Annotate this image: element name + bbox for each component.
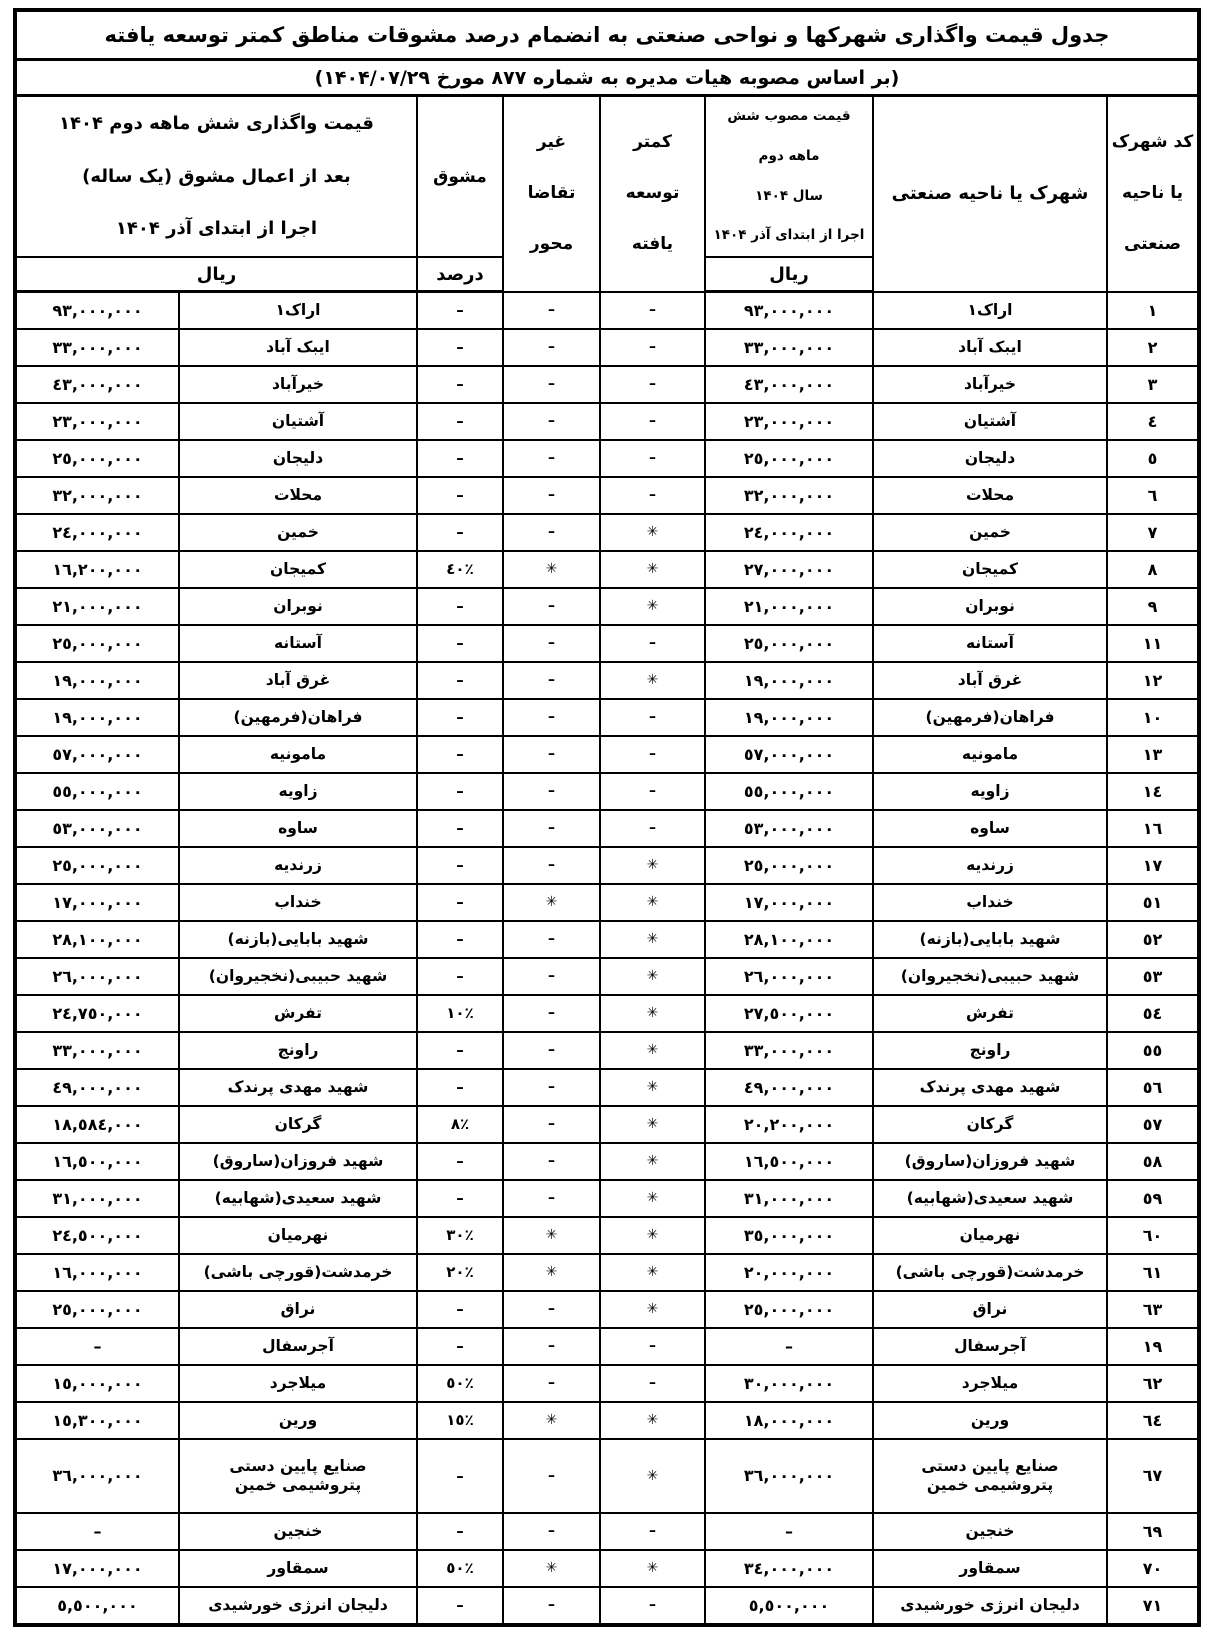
approved-price-cell: ٢٣,٠٠٠,٠٠٠ bbox=[705, 403, 873, 440]
less-developed-mark-cell: ✳ bbox=[600, 1254, 705, 1291]
town-name-repeat-cell: شهید بابایی(بازنه) bbox=[179, 921, 417, 958]
approved-price-cell: ٣٣,٠٠٠,٠٠٠ bbox=[705, 329, 873, 366]
less-developed-mark-cell: ✳ bbox=[600, 1143, 705, 1180]
table-row: ٥٨شهید فروزان(ساروق)١٦,٥٠٠,٠٠٠✳––شهید فر… bbox=[15, 1143, 1199, 1180]
less-developed-mark-cell: – bbox=[600, 1587, 705, 1625]
incentive-percent-cell: – bbox=[417, 329, 503, 366]
non-demand-mark-cell: – bbox=[503, 292, 600, 330]
approved-price-cell: ١٩,٠٠٠,٠٠٠ bbox=[705, 662, 873, 699]
price-after-incentive-cell: ١٧,٠٠٠,٠٠٠ bbox=[15, 884, 179, 921]
incentive-percent-cell: – bbox=[417, 1291, 503, 1328]
non-demand-mark-cell: ✳ bbox=[503, 1402, 600, 1439]
town-name-cell: میلاجرد bbox=[873, 1365, 1107, 1402]
approved-price-cell: ٣٠,٠٠٠,٠٠٠ bbox=[705, 1365, 873, 1402]
table-row: ٥٥راونج٣٣,٠٠٠,٠٠٠✳––راونج٣٣,٠٠٠,٠٠٠ bbox=[15, 1032, 1199, 1069]
town-name-cell: زاویه bbox=[873, 773, 1107, 810]
incentive-percent-cell: – bbox=[417, 1069, 503, 1106]
code-cell: ٧١ bbox=[1107, 1587, 1199, 1625]
town-name-cell: شهید مهدی پرندک bbox=[873, 1069, 1107, 1106]
town-name-repeat-cell: اراک١ bbox=[179, 292, 417, 330]
incentive-percent-cell: – bbox=[417, 736, 503, 773]
less-developed-mark-cell: ✳ bbox=[600, 995, 705, 1032]
incentive-percent-cell: – bbox=[417, 921, 503, 958]
less-developed-mark-cell: ✳ bbox=[600, 662, 705, 699]
code-cell: ٩ bbox=[1107, 588, 1199, 625]
code-cell: ٧ bbox=[1107, 514, 1199, 551]
code-cell: ٥٣ bbox=[1107, 958, 1199, 995]
non-demand-mark-cell: – bbox=[503, 1143, 600, 1180]
price-after-incentive-cell: ٢٣,٠٠٠,٠٠٠ bbox=[15, 403, 179, 440]
code-cell: ١٢ bbox=[1107, 662, 1199, 699]
less-developed-mark-cell: ✳ bbox=[600, 1217, 705, 1254]
table-row: ٥١خنداب١٧,٠٠٠,٠٠٠✳✳–خنداب١٧,٠٠٠,٠٠٠ bbox=[15, 884, 1199, 921]
table-row: ٥دلیجان٢٥,٠٠٠,٠٠٠–––دلیجان٢٥,٠٠٠,٠٠٠ bbox=[15, 440, 1199, 477]
code-cell: ٨ bbox=[1107, 551, 1199, 588]
code-cell: ٥٨ bbox=[1107, 1143, 1199, 1180]
code-cell: ٦٧ bbox=[1107, 1439, 1199, 1513]
incentive-percent-cell: – bbox=[417, 366, 503, 403]
less-developed-mark-cell: – bbox=[600, 366, 705, 403]
incentive-percent-cell: – bbox=[417, 403, 503, 440]
incentive-percent-cell: ٤٠٪ bbox=[417, 551, 503, 588]
town-name-cell: ورین bbox=[873, 1402, 1107, 1439]
town-name-cell: صنایع پایین دستی پتروشیمی خمین bbox=[873, 1439, 1107, 1513]
col-header-town-name: شهرک یا ناحیه صنعتی bbox=[873, 96, 1107, 292]
town-name-repeat-cell: شهید سعیدی(شهابیه) bbox=[179, 1180, 417, 1217]
town-name-cell: نراق bbox=[873, 1291, 1107, 1328]
less-developed-mark-cell: – bbox=[600, 810, 705, 847]
table-row: ٤آشتیان٢٣,٠٠٠,٠٠٠–––آشتیان٢٣,٠٠٠,٠٠٠ bbox=[15, 403, 1199, 440]
code-cell: ٥٧ bbox=[1107, 1106, 1199, 1143]
town-name-cell: شهید بابایی(بازنه) bbox=[873, 921, 1107, 958]
non-demand-mark-cell: – bbox=[503, 1328, 600, 1365]
table-body: ١اراک١٩٣,٠٠٠,٠٠٠–––اراک١٩٣,٠٠٠,٠٠٠٢ایبک … bbox=[15, 292, 1199, 1626]
approved-price-cell: ١٨,٠٠٠,٠٠٠ bbox=[705, 1402, 873, 1439]
document-title: جدول قیمت واگذاری شهرکها و نواحی صنعتی ب… bbox=[15, 10, 1199, 60]
table-row: ٥٦شهید مهدی پرندک٤٩,٠٠٠,٠٠٠✳––شهید مهدی … bbox=[15, 1069, 1199, 1106]
incentive-percent-cell: ٥٠٪ bbox=[417, 1365, 503, 1402]
non-demand-mark-cell: – bbox=[503, 1032, 600, 1069]
code-cell: ١٤ bbox=[1107, 773, 1199, 810]
col-header-code: کد شهرک یا ناحیه صنعتی bbox=[1107, 96, 1199, 292]
non-demand-mark-cell: – bbox=[503, 1106, 600, 1143]
price-after-incentive-cell: ٢٨,١٠٠,٠٠٠ bbox=[15, 921, 179, 958]
town-name-repeat-cell: نهرمیان bbox=[179, 1217, 417, 1254]
non-demand-mark-cell: – bbox=[503, 440, 600, 477]
town-name-repeat-cell: کمیجان bbox=[179, 551, 417, 588]
non-demand-mark-cell: – bbox=[503, 588, 600, 625]
town-name-cell: خنجین bbox=[873, 1513, 1107, 1550]
table-row: ٦٠نهرمیان٣٥,٠٠٠,٠٠٠✳✳٣٠٪نهرمیان٢٤,٥٠٠,٠٠… bbox=[15, 1217, 1199, 1254]
approved-price-cell: ٢٠,٢٠٠,٠٠٠ bbox=[705, 1106, 873, 1143]
price-after-incentive-cell: ٤٩,٠٠٠,٠٠٠ bbox=[15, 1069, 179, 1106]
approved-price-cell: ٣٢,٠٠٠,٠٠٠ bbox=[705, 477, 873, 514]
town-name-repeat-cell: خنجین bbox=[179, 1513, 417, 1550]
non-demand-mark-cell: – bbox=[503, 1180, 600, 1217]
town-name-cell: آجرسفال bbox=[873, 1328, 1107, 1365]
non-demand-mark-cell: – bbox=[503, 625, 600, 662]
code-cell: ٥٥ bbox=[1107, 1032, 1199, 1069]
price-after-incentive-cell: ١٦,٥٠٠,٠٠٠ bbox=[15, 1143, 179, 1180]
incentive-percent-cell: ٢٠٪ bbox=[417, 1254, 503, 1291]
price-after-incentive-cell: ٢٥,٠٠٠,٠٠٠ bbox=[15, 625, 179, 662]
town-name-repeat-cell: دلیجان bbox=[179, 440, 417, 477]
table-row: ٩نوبران٢١,٠٠٠,٠٠٠✳––نوبران٢١,٠٠٠,٠٠٠ bbox=[15, 588, 1199, 625]
incentive-percent-cell: – bbox=[417, 699, 503, 736]
incentive-percent-cell: – bbox=[417, 1587, 503, 1625]
town-name-repeat-cell: نراق bbox=[179, 1291, 417, 1328]
approved-price-cell: ٥,٥٠٠,٠٠٠ bbox=[705, 1587, 873, 1625]
town-name-cell: فراهان(فرمهین) bbox=[873, 699, 1107, 736]
code-cell: ٥ bbox=[1107, 440, 1199, 477]
title-row: جدول قیمت واگذاری شهرکها و نواحی صنعتی ب… bbox=[15, 10, 1199, 60]
price-after-incentive-cell: ٢٥,٠٠٠,٠٠٠ bbox=[15, 847, 179, 884]
table-row: ٧١دلیجان انرژی خورشیدی٥,٥٠٠,٠٠٠–––دلیجان… bbox=[15, 1587, 1199, 1625]
price-after-incentive-cell: ٥,٥٠٠,٠٠٠ bbox=[15, 1587, 179, 1625]
non-demand-mark-cell: – bbox=[503, 1513, 600, 1550]
table-row: ١٢غرق آباد١٩,٠٠٠,٠٠٠✳––غرق آباد١٩,٠٠٠,٠٠… bbox=[15, 662, 1199, 699]
non-demand-mark-cell: ✳ bbox=[503, 551, 600, 588]
town-name-repeat-cell: دلیجان انرژی خورشیدی bbox=[179, 1587, 417, 1625]
less-developed-mark-cell: – bbox=[600, 1513, 705, 1550]
incentive-percent-cell: ١٠٪ bbox=[417, 995, 503, 1032]
code-cell: ١٦ bbox=[1107, 810, 1199, 847]
table-row: ٦٣نراق٢٥,٠٠٠,٠٠٠✳––نراق٢٥,٠٠٠,٠٠٠ bbox=[15, 1291, 1199, 1328]
town-name-cell: آستانه bbox=[873, 625, 1107, 662]
town-name-repeat-cell: شهید مهدی پرندک bbox=[179, 1069, 417, 1106]
code-cell: ٦٤ bbox=[1107, 1402, 1199, 1439]
approved-price-cell: – bbox=[705, 1328, 873, 1365]
approved-price-cell: ١٧,٠٠٠,٠٠٠ bbox=[705, 884, 873, 921]
approved-price-cell: ٤٩,٠٠٠,٠٠٠ bbox=[705, 1069, 873, 1106]
code-cell: ٥٩ bbox=[1107, 1180, 1199, 1217]
town-name-repeat-cell: راونج bbox=[179, 1032, 417, 1069]
code-cell: ٦١ bbox=[1107, 1254, 1199, 1291]
approved-price-cell: ٣٥,٠٠٠,٠٠٠ bbox=[705, 1217, 873, 1254]
town-name-cell: خیرآباد bbox=[873, 366, 1107, 403]
table-row: ٥٣شهید حبیبی(نخجیروان)٢٦,٠٠٠,٠٠٠✳––شهید … bbox=[15, 958, 1199, 995]
less-developed-mark-cell: ✳ bbox=[600, 1032, 705, 1069]
non-demand-mark-cell: – bbox=[503, 662, 600, 699]
col-header-approved-price: قیمت مصوب شش ماهه دوم سال ۱۴۰۴ اجرا از ا… bbox=[705, 96, 873, 258]
less-developed-mark-cell: ✳ bbox=[600, 1106, 705, 1143]
incentive-percent-cell: – bbox=[417, 1439, 503, 1513]
less-developed-mark-cell: ✳ bbox=[600, 1402, 705, 1439]
town-name-repeat-cell: آشتیان bbox=[179, 403, 417, 440]
town-name-repeat-cell: محلات bbox=[179, 477, 417, 514]
price-after-incentive-cell: – bbox=[15, 1328, 179, 1365]
town-name-repeat-cell: غرق آباد bbox=[179, 662, 417, 699]
incentive-percent-cell: – bbox=[417, 588, 503, 625]
approved-price-cell: ٩٣,٠٠٠,٠٠٠ bbox=[705, 292, 873, 330]
code-cell: ٦٣ bbox=[1107, 1291, 1199, 1328]
non-demand-mark-cell: ✳ bbox=[503, 1217, 600, 1254]
incentive-percent-cell: – bbox=[417, 662, 503, 699]
incentive-percent-cell: ٣٠٪ bbox=[417, 1217, 503, 1254]
less-developed-mark-cell: – bbox=[600, 403, 705, 440]
less-developed-mark-cell: ✳ bbox=[600, 958, 705, 995]
less-developed-mark-cell: – bbox=[600, 329, 705, 366]
col-header-price-after-incentive: قیمت واگذاری شش ماهه دوم ۱۴۰۴ بعد از اعم… bbox=[15, 96, 417, 258]
code-cell: ١٠ bbox=[1107, 699, 1199, 736]
approved-price-cell: ٢٥,٠٠٠,٠٠٠ bbox=[705, 1291, 873, 1328]
subtitle-row: (بر اساس مصوبه هیات مدیره به شماره ۸۷۷ م… bbox=[15, 60, 1199, 96]
town-name-repeat-cell: شهید حبیبی(نخجیروان) bbox=[179, 958, 417, 995]
table-row: ٦٢میلاجرد٣٠,٠٠٠,٠٠٠––٥٠٪میلاجرد١٥,٠٠٠,٠٠… bbox=[15, 1365, 1199, 1402]
non-demand-mark-cell: – bbox=[503, 847, 600, 884]
price-after-incentive-cell: ٢٥,٠٠٠,٠٠٠ bbox=[15, 1291, 179, 1328]
town-name-cell: دلیجان bbox=[873, 440, 1107, 477]
code-cell: ١٣ bbox=[1107, 736, 1199, 773]
table-row: ١٠فراهان(فرمهین)١٩,٠٠٠,٠٠٠–––فراهان(فرمه… bbox=[15, 699, 1199, 736]
code-cell: ١ bbox=[1107, 292, 1199, 330]
town-name-cell: زرندیه bbox=[873, 847, 1107, 884]
code-cell: ٥٦ bbox=[1107, 1069, 1199, 1106]
code-cell: ٦٢ bbox=[1107, 1365, 1199, 1402]
town-name-repeat-cell: ساوه bbox=[179, 810, 417, 847]
table-row: ١٤زاویه٥٥,٠٠٠,٠٠٠–––زاویه٥٥,٠٠٠,٠٠٠ bbox=[15, 773, 1199, 810]
town-name-cell: شهید حبیبی(نخجیروان) bbox=[873, 958, 1107, 995]
table-row: ٧خمین٢٤,٠٠٠,٠٠٠✳––خمین٢٤,٠٠٠,٠٠٠ bbox=[15, 514, 1199, 551]
town-name-cell: خرمدشت(قورچی باشی) bbox=[873, 1254, 1107, 1291]
table-row: ٦٩خنجین––––خنجین– bbox=[15, 1513, 1199, 1550]
non-demand-mark-cell: – bbox=[503, 1587, 600, 1625]
less-developed-mark-cell: ✳ bbox=[600, 1291, 705, 1328]
less-developed-mark-cell: ✳ bbox=[600, 514, 705, 551]
non-demand-mark-cell: – bbox=[503, 736, 600, 773]
town-name-repeat-cell: ورین bbox=[179, 1402, 417, 1439]
approved-price-cell: ٢٧,٠٠٠,٠٠٠ bbox=[705, 551, 873, 588]
non-demand-mark-cell: – bbox=[503, 403, 600, 440]
code-cell: ١٩ bbox=[1107, 1328, 1199, 1365]
price-after-incentive-cell: ٣٣,٠٠٠,٠٠٠ bbox=[15, 329, 179, 366]
price-after-incentive-cell: ١٥,٠٠٠,٠٠٠ bbox=[15, 1365, 179, 1402]
price-after-incentive-cell: ٥٧,٠٠٠,٠٠٠ bbox=[15, 736, 179, 773]
town-name-repeat-cell: خیرآباد bbox=[179, 366, 417, 403]
non-demand-mark-cell: – bbox=[503, 699, 600, 736]
incentive-percent-cell: – bbox=[417, 810, 503, 847]
incentive-percent-cell: – bbox=[417, 1180, 503, 1217]
approved-price-cell: ٥٣,٠٠٠,٠٠٠ bbox=[705, 810, 873, 847]
table-row: ٧٠سمقاور٣٤,٠٠٠,٠٠٠✳✳٥٠٪سمقاور١٧,٠٠٠,٠٠٠ bbox=[15, 1550, 1199, 1587]
approved-price-cell: ٥٥,٠٠٠,٠٠٠ bbox=[705, 773, 873, 810]
approved-price-cell: ١٩,٠٠٠,٠٠٠ bbox=[705, 699, 873, 736]
code-cell: ٢ bbox=[1107, 329, 1199, 366]
town-name-repeat-cell: میلاجرد bbox=[179, 1365, 417, 1402]
town-name-cell: خنداب bbox=[873, 884, 1107, 921]
table-row: ١١آستانه٢٥,٠٠٠,٠٠٠–––آستانه٢٥,٠٠٠,٠٠٠ bbox=[15, 625, 1199, 662]
less-developed-mark-cell: – bbox=[600, 699, 705, 736]
approved-price-cell: ٤٣,٠٠٠,٠٠٠ bbox=[705, 366, 873, 403]
table-row: ١٩آجرسفال––––آجرسفال– bbox=[15, 1328, 1199, 1365]
town-name-repeat-cell: آجرسفال bbox=[179, 1328, 417, 1365]
incentive-percent-cell: ٥٠٪ bbox=[417, 1550, 503, 1587]
approved-price-cell: ٢٥,٠٠٠,٠٠٠ bbox=[705, 847, 873, 884]
approved-price-cell: – bbox=[705, 1513, 873, 1550]
approved-price-cell: ٢٧,٥٠٠,٠٠٠ bbox=[705, 995, 873, 1032]
table-row: ٦٧صنایع پایین دستی پتروشیمی خمین٣٦,٠٠٠,٠… bbox=[15, 1439, 1199, 1513]
code-cell: ٧٠ bbox=[1107, 1550, 1199, 1587]
price-after-incentive-cell: ٥٥,٠٠٠,٠٠٠ bbox=[15, 773, 179, 810]
less-developed-mark-cell: – bbox=[600, 625, 705, 662]
table-row: ٨کمیجان٢٧,٠٠٠,٠٠٠✳✳٤٠٪کمیجان١٦,٢٠٠,٠٠٠ bbox=[15, 551, 1199, 588]
less-developed-mark-cell: ✳ bbox=[600, 1180, 705, 1217]
price-after-incentive-cell: ٤٣,٠٠٠,٠٠٠ bbox=[15, 366, 179, 403]
code-cell: ٤ bbox=[1107, 403, 1199, 440]
code-cell: ١١ bbox=[1107, 625, 1199, 662]
approved-price-cell: ٢٤,٠٠٠,٠٠٠ bbox=[705, 514, 873, 551]
incentive-percent-cell: – bbox=[417, 884, 503, 921]
town-name-repeat-cell: فراهان(فرمهین) bbox=[179, 699, 417, 736]
incentive-percent-cell: – bbox=[417, 1513, 503, 1550]
town-name-repeat-cell: شهید فروزان(ساروق) bbox=[179, 1143, 417, 1180]
table-row: ١اراک١٩٣,٠٠٠,٠٠٠–––اراک١٩٣,٠٠٠,٠٠٠ bbox=[15, 292, 1199, 330]
approved-price-cell: ٢١,٠٠٠,٠٠٠ bbox=[705, 588, 873, 625]
non-demand-mark-cell: ✳ bbox=[503, 1550, 600, 1587]
town-name-repeat-cell: زاویه bbox=[179, 773, 417, 810]
town-name-cell: نهرمیان bbox=[873, 1217, 1107, 1254]
non-demand-mark-cell: ✳ bbox=[503, 884, 600, 921]
non-demand-mark-cell: – bbox=[503, 1365, 600, 1402]
town-name-repeat-cell: ایبک آباد bbox=[179, 329, 417, 366]
town-name-cell: غرق آباد bbox=[873, 662, 1107, 699]
price-after-incentive-cell: ٣٣,٠٠٠,٠٠٠ bbox=[15, 1032, 179, 1069]
less-developed-mark-cell: ✳ bbox=[600, 588, 705, 625]
code-cell: ٣ bbox=[1107, 366, 1199, 403]
price-after-incentive-cell: ١٩,٠٠٠,٠٠٠ bbox=[15, 699, 179, 736]
less-developed-mark-cell: – bbox=[600, 736, 705, 773]
price-after-incentive-cell: ٢٤,٧٥٠,٠٠٠ bbox=[15, 995, 179, 1032]
table-row: ٥٩شهید سعیدی(شهابیه)٣١,٠٠٠,٠٠٠✳––شهید سع… bbox=[15, 1180, 1199, 1217]
less-developed-mark-cell: – bbox=[600, 1365, 705, 1402]
less-developed-mark-cell: ✳ bbox=[600, 551, 705, 588]
approved-price-cell: ٢٥,٠٠٠,٠٠٠ bbox=[705, 440, 873, 477]
table-row: ١٧زرندیه٢٥,٠٠٠,٠٠٠✳––زرندیه٢٥,٠٠٠,٠٠٠ bbox=[15, 847, 1199, 884]
incentive-percent-cell: – bbox=[417, 1032, 503, 1069]
incentive-percent-cell: – bbox=[417, 625, 503, 662]
price-after-incentive-cell: ٢٤,٠٠٠,٠٠٠ bbox=[15, 514, 179, 551]
price-after-incentive-cell: ٢٥,٠٠٠,٠٠٠ bbox=[15, 440, 179, 477]
unit-rial-approved: ریال bbox=[705, 257, 873, 292]
col-header-non-demand-driven: غیر تقاضا محور bbox=[503, 96, 600, 292]
non-demand-mark-cell: – bbox=[503, 921, 600, 958]
table-row: ٥٧گرکان٢٠,٢٠٠,٠٠٠✳–٨٪گرکان١٨,٥٨٤,٠٠٠ bbox=[15, 1106, 1199, 1143]
town-name-cell: ایبک آباد bbox=[873, 329, 1107, 366]
unit-percent: درصد bbox=[417, 257, 503, 292]
price-after-incentive-cell: ٣١,٠٠٠,٠٠٠ bbox=[15, 1180, 179, 1217]
town-name-cell: کمیجان bbox=[873, 551, 1107, 588]
less-developed-mark-cell: – bbox=[600, 477, 705, 514]
town-name-repeat-cell: خنداب bbox=[179, 884, 417, 921]
incentive-percent-cell: ٨٪ bbox=[417, 1106, 503, 1143]
town-name-cell: خمین bbox=[873, 514, 1107, 551]
table-row: ٥٢شهید بابایی(بازنه)٢٨,١٠٠,٠٠٠✳––شهید با… bbox=[15, 921, 1199, 958]
town-name-cell: آشتیان bbox=[873, 403, 1107, 440]
table-row: ٢ایبک آباد٣٣,٠٠٠,٠٠٠–––ایبک آباد٣٣,٠٠٠,٠… bbox=[15, 329, 1199, 366]
town-name-cell: مامونیه bbox=[873, 736, 1107, 773]
non-demand-mark-cell: – bbox=[503, 1291, 600, 1328]
town-name-repeat-cell: سمقاور bbox=[179, 1550, 417, 1587]
approved-price-cell: ٢٠,٠٠٠,٠٠٠ bbox=[705, 1254, 873, 1291]
less-developed-mark-cell: ✳ bbox=[600, 1069, 705, 1106]
document-subtitle: (بر اساس مصوبه هیات مدیره به شماره ۸۷۷ م… bbox=[15, 60, 1199, 96]
town-name-repeat-cell: تفرش bbox=[179, 995, 417, 1032]
table-row: ٦١خرمدشت(قورچی باشی)٢٠,٠٠٠,٠٠٠✳✳٢٠٪خرمدش… bbox=[15, 1254, 1199, 1291]
price-after-incentive-cell: ١٦,٠٠٠,٠٠٠ bbox=[15, 1254, 179, 1291]
unit-rial-after: ریال bbox=[15, 257, 417, 292]
non-demand-mark-cell: – bbox=[503, 958, 600, 995]
table-row: ٦٤ورین١٨,٠٠٠,٠٠٠✳✳١٥٪ورین١٥,٣٠٠,٠٠٠ bbox=[15, 1402, 1199, 1439]
town-name-cell: گرکان bbox=[873, 1106, 1107, 1143]
pricing-document: جدول قیمت واگذاری شهرکها و نواحی صنعتی ب… bbox=[0, 0, 1214, 1635]
non-demand-mark-cell: – bbox=[503, 366, 600, 403]
table-row: ٣خیرآباد٤٣,٠٠٠,٠٠٠–––خیرآباد٤٣,٠٠٠,٠٠٠ bbox=[15, 366, 1199, 403]
approved-price-cell: ١٦,٥٠٠,٠٠٠ bbox=[705, 1143, 873, 1180]
price-after-incentive-cell: – bbox=[15, 1513, 179, 1550]
code-cell: ٥٢ bbox=[1107, 921, 1199, 958]
town-name-repeat-cell: خمین bbox=[179, 514, 417, 551]
town-name-cell: دلیجان انرژی خورشیدی bbox=[873, 1587, 1107, 1625]
non-demand-mark-cell: – bbox=[503, 773, 600, 810]
price-after-incentive-cell: ١٥,٣٠٠,٠٠٠ bbox=[15, 1402, 179, 1439]
non-demand-mark-cell: – bbox=[503, 995, 600, 1032]
non-demand-mark-cell: – bbox=[503, 810, 600, 847]
approved-price-cell: ٢٥,٠٠٠,٠٠٠ bbox=[705, 625, 873, 662]
town-name-repeat-cell: نوبران bbox=[179, 588, 417, 625]
header-row-main: کد شهرک یا ناحیه صنعتی شهرک یا ناحیه صنع… bbox=[15, 96, 1199, 258]
less-developed-mark-cell: – bbox=[600, 773, 705, 810]
table-row: ١٣مامونیه٥٧,٠٠٠,٠٠٠–––مامونیه٥٧,٠٠٠,٠٠٠ bbox=[15, 736, 1199, 773]
col-header-less-developed: کمتر توسعه یافته bbox=[600, 96, 705, 292]
town-name-repeat-cell: گرکان bbox=[179, 1106, 417, 1143]
price-after-incentive-cell: ٥٣,٠٠٠,٠٠٠ bbox=[15, 810, 179, 847]
non-demand-mark-cell: – bbox=[503, 329, 600, 366]
incentive-percent-cell: – bbox=[417, 440, 503, 477]
less-developed-mark-cell: – bbox=[600, 440, 705, 477]
price-after-incentive-cell: ١٦,٢٠٠,٠٠٠ bbox=[15, 551, 179, 588]
approved-price-cell: ٥٧,٠٠٠,٠٠٠ bbox=[705, 736, 873, 773]
town-name-cell: شهید سعیدی(شهابیه) bbox=[873, 1180, 1107, 1217]
price-after-incentive-cell: ١٨,٥٨٤,٠٠٠ bbox=[15, 1106, 179, 1143]
town-name-repeat-cell: زرندیه bbox=[179, 847, 417, 884]
incentive-percent-cell: – bbox=[417, 477, 503, 514]
price-after-incentive-cell: ١٩,٠٠٠,٠٠٠ bbox=[15, 662, 179, 699]
town-name-cell: نوبران bbox=[873, 588, 1107, 625]
approved-price-cell: ٢٨,١٠٠,٠٠٠ bbox=[705, 921, 873, 958]
approved-price-cell: ٣٣,٠٠٠,٠٠٠ bbox=[705, 1032, 873, 1069]
code-cell: ٦٩ bbox=[1107, 1513, 1199, 1550]
less-developed-mark-cell: ✳ bbox=[600, 1550, 705, 1587]
approved-price-cell: ٢٦,٠٠٠,٠٠٠ bbox=[705, 958, 873, 995]
less-developed-mark-cell: ✳ bbox=[600, 921, 705, 958]
code-cell: ١٧ bbox=[1107, 847, 1199, 884]
price-after-incentive-cell: ١٧,٠٠٠,٠٠٠ bbox=[15, 1550, 179, 1587]
town-name-cell: راونج bbox=[873, 1032, 1107, 1069]
price-after-incentive-cell: ٣٢,٠٠٠,٠٠٠ bbox=[15, 477, 179, 514]
town-name-repeat-cell: مامونیه bbox=[179, 736, 417, 773]
town-name-repeat-cell: خرمدشت(قورچی باشی) bbox=[179, 1254, 417, 1291]
incentive-percent-cell: – bbox=[417, 292, 503, 330]
price-after-incentive-cell: ٣٦,٠٠٠,٠٠٠ bbox=[15, 1439, 179, 1513]
code-cell: ٦ bbox=[1107, 477, 1199, 514]
industrial-towns-price-table: جدول قیمت واگذاری شهرکها و نواحی صنعتی ب… bbox=[13, 8, 1201, 1627]
incentive-percent-cell: – bbox=[417, 773, 503, 810]
price-after-incentive-cell: ٢٤,٥٠٠,٠٠٠ bbox=[15, 1217, 179, 1254]
price-after-incentive-cell: ٢٦,٠٠٠,٠٠٠ bbox=[15, 958, 179, 995]
non-demand-mark-cell: – bbox=[503, 514, 600, 551]
town-name-repeat-cell: آستانه bbox=[179, 625, 417, 662]
price-after-incentive-cell: ٩٣,٠٠٠,٠٠٠ bbox=[15, 292, 179, 330]
